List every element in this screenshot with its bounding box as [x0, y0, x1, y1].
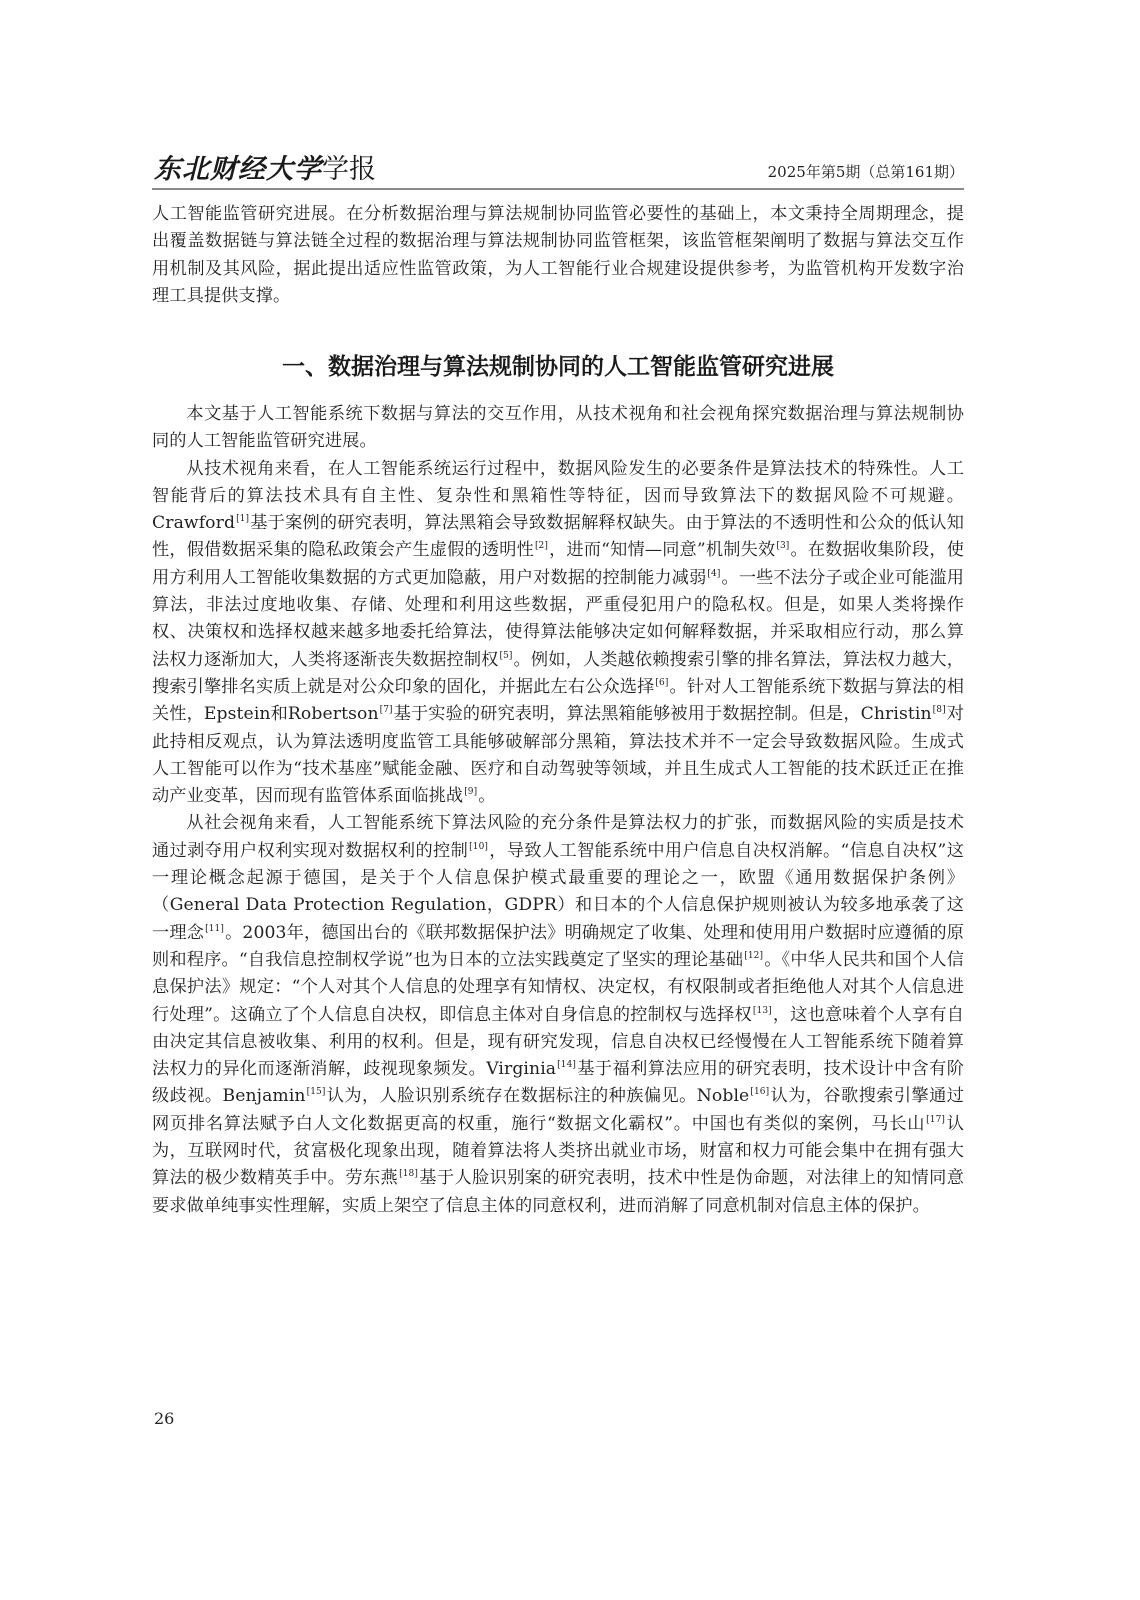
- citation-ref: [8]: [933, 705, 946, 715]
- citation-ref: [17]: [926, 1115, 945, 1125]
- intro-paragraph: 人工智能监管研究进展。在分析数据治理与算法规制协同监管必要性的基础上，本文秉持全…: [152, 201, 964, 310]
- citation-ref: [15]: [307, 1087, 326, 1097]
- citation-ref: [13]: [753, 1006, 772, 1016]
- intro-paragraph-block: 人工智能监管研究进展。在分析数据治理与算法规制协同监管必要性的基础上，本文秉持全…: [152, 201, 964, 310]
- journal-name-suffix: 学报: [322, 154, 376, 185]
- running-header: 东北财经大学学报 2025年第5期（总第161期）: [152, 152, 964, 190]
- section-body: 本文基于人工智能系统下数据与算法的交互作用，从技术视角和社会视角探究数据治理与算…: [152, 401, 964, 1220]
- citation-ref: [12]: [744, 951, 763, 961]
- citation-ref: [5]: [500, 651, 513, 661]
- citation-ref: [11]: [205, 924, 224, 934]
- issue-info: 2025年第5期（总第161期）: [768, 161, 964, 183]
- citation-ref: [4]: [707, 569, 720, 579]
- body-paragraph: 本文基于人工智能系统下数据与算法的交互作用，从技术视角和社会视角探究数据治理与算…: [152, 401, 964, 456]
- body-paragraph: 从社会视角来看，人工智能系统下算法风险的充分条件是算法权力的扩张，而数据风险的实…: [152, 810, 964, 1219]
- citation-ref: [1]: [236, 514, 249, 524]
- citation-ref: [16]: [750, 1087, 769, 1097]
- citation-ref: [6]: [655, 678, 668, 688]
- citation-ref: [14]: [557, 1060, 576, 1070]
- citation-ref: [10]: [469, 842, 488, 852]
- journal-name: 东北财经大学学报: [154, 152, 376, 188]
- citation-ref: [7]: [380, 705, 393, 715]
- body-paragraph: 从技术视角来看，在人工智能系统运行过程中，数据风险发生的必要条件是算法技术的特殊…: [152, 456, 964, 811]
- journal-name-calligraphy: 东北财经大学: [154, 154, 322, 185]
- citation-ref: [2]: [535, 541, 548, 551]
- citation-ref: [3]: [776, 541, 789, 551]
- citation-ref: [18]: [399, 1169, 418, 1179]
- citation-ref: [9]: [464, 787, 477, 797]
- section-heading: 一、数据治理与算法规制协同的人工智能监管研究进展: [152, 350, 964, 384]
- page-number: 26: [154, 1408, 174, 1430]
